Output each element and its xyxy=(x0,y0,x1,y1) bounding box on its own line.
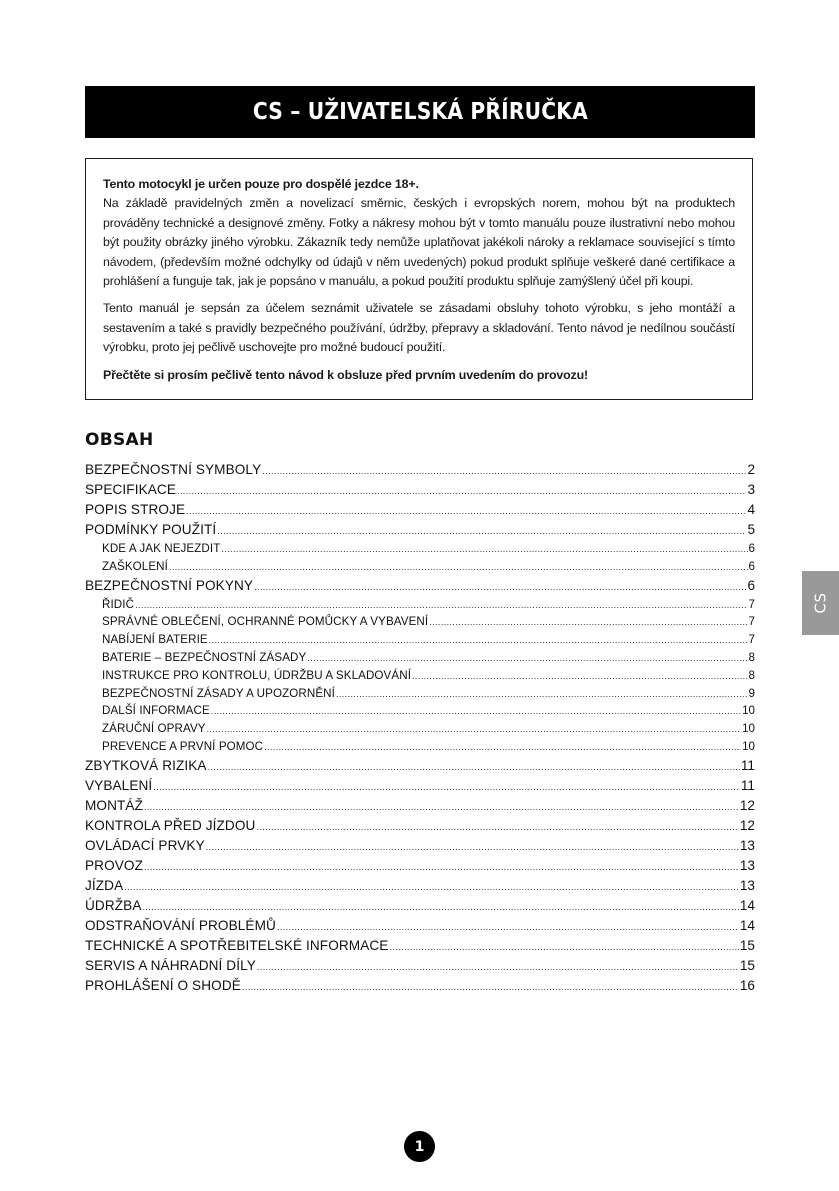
toc-dot-leader xyxy=(177,481,746,501)
toc-dot-leader xyxy=(208,757,740,777)
toc-entry[interactable]: PODMÍNKY POUŽITÍ5 xyxy=(85,520,755,540)
toc-entry-page: 16 xyxy=(740,976,755,996)
toc-entry[interactable]: VYBALENÍ11 xyxy=(85,776,755,796)
toc-subentry[interactable]: PREVENCE A PRVNÍ POMOC10 xyxy=(85,738,755,756)
toc-dot-leader xyxy=(135,597,747,615)
toc-entry-label: ODSTRAŇOVÁNÍ PROBLÉMŮ xyxy=(85,916,276,936)
toc-entry-label: SERVIS A NÁHRADNÍ DÍLY xyxy=(85,956,256,976)
page-number-badge: 1 xyxy=(404,1131,435,1162)
toc-subentry[interactable]: INSTRUKCE PRO KONTROLU, ÚDRŽBU A SKLADOV… xyxy=(85,667,755,685)
toc-entry[interactable]: MONTÁŽ12 xyxy=(85,796,755,816)
toc-subentry[interactable]: ZAŠKOLENÍ6 xyxy=(85,558,755,576)
toc-entry-page: 2 xyxy=(747,460,755,480)
toc-entry-page: 10 xyxy=(742,738,755,756)
toc-dot-leader xyxy=(254,577,746,597)
toc-entry-label: BEZPEČNOSTNÍ ZÁSADY A UPOZORNĚNÍ xyxy=(102,685,335,703)
toc-dot-leader xyxy=(211,703,741,721)
toc-entry[interactable]: ÚDRŽBA14 xyxy=(85,896,755,916)
toc-entry-page: 6 xyxy=(749,540,755,558)
toc-entry-page: 15 xyxy=(740,936,755,956)
toc-dot-leader xyxy=(336,686,748,704)
toc-dot-leader xyxy=(277,917,739,937)
toc-dot-leader xyxy=(144,857,739,877)
toc-entry[interactable]: ZBYTKOVÁ RIZIKA11 xyxy=(85,756,755,776)
notice-box: Tento motocykl je určen pouze pro dospěl… xyxy=(85,158,753,400)
toc-dot-leader xyxy=(144,797,739,817)
toc-entry[interactable]: SPECIFIKACE3 xyxy=(85,480,755,500)
toc-entry-label: BEZPEČNOSTNÍ SYMBOLY xyxy=(85,460,261,480)
language-tab-label: CS xyxy=(812,593,830,614)
toc-entry[interactable]: POPIS STROJE4 xyxy=(85,500,755,520)
toc-entry-page: 10 xyxy=(742,720,755,738)
toc-entry-page: 12 xyxy=(740,816,755,836)
toc-entry-page: 11 xyxy=(741,776,755,796)
toc-entry-label: OVLÁDACÍ PRVKY xyxy=(85,836,205,856)
toc-dot-leader xyxy=(186,501,746,521)
page-number: 1 xyxy=(415,1139,425,1155)
toc-entry-label: VYBALENÍ xyxy=(85,776,152,796)
toc-entry-page: 8 xyxy=(749,667,755,685)
toc-entry-label: KONTROLA PŘED JÍZDOU xyxy=(85,816,255,836)
toc-entry-page: 15 xyxy=(740,956,755,976)
toc-subentry[interactable]: SPRÁVNÉ OBLEČENÍ, OCHRANNÉ POMŮCKY A VYB… xyxy=(85,613,755,631)
toc-entry-label: ÚDRŽBA xyxy=(85,896,142,916)
toc-entry-page: 6 xyxy=(749,558,755,576)
toc-dot-leader xyxy=(209,632,748,650)
toc-subentry[interactable]: NABÍJENÍ BATERIE7 xyxy=(85,631,755,649)
toc-entry-label: SPECIFIKACE xyxy=(85,480,176,500)
toc-entry-page: 4 xyxy=(747,500,755,520)
toc-subentry[interactable]: ZÁRUČNÍ OPRAVY10 xyxy=(85,720,755,738)
manual-title: CS – UŽIVATELSKÁ PŘÍRUČKA xyxy=(252,99,587,125)
toc-entry-page: 6 xyxy=(747,576,755,596)
toc-dot-leader xyxy=(143,897,739,917)
toc-dot-leader xyxy=(206,837,739,857)
toc-entry-page: 13 xyxy=(740,856,755,876)
age-warning: Tento motocykl je určen pouze pro dospěl… xyxy=(103,175,735,194)
toc-entry[interactable]: OVLÁDACÍ PRVKY13 xyxy=(85,836,755,856)
toc-entry-label: ŘIDIČ xyxy=(102,596,134,614)
toc-dot-leader xyxy=(217,521,746,541)
toc-dot-leader xyxy=(412,668,748,686)
toc-entry-label: PROHLÁŠENÍ O SHODĚ xyxy=(85,976,241,996)
toc-subentry[interactable]: ŘIDIČ7 xyxy=(85,596,755,614)
toc-entry[interactable]: PROVOZ13 xyxy=(85,856,755,876)
toc-dot-leader xyxy=(262,461,746,481)
toc-entry-page: 13 xyxy=(740,876,755,896)
toc-dot-leader xyxy=(153,777,740,797)
toc-dot-leader xyxy=(256,817,738,837)
toc-entry[interactable]: JÍZDA13 xyxy=(85,876,755,896)
toc-entry-label: PROVOZ xyxy=(85,856,143,876)
toc-subentry[interactable]: BEZPEČNOSTNÍ ZÁSADY A UPOZORNĚNÍ9 xyxy=(85,685,755,703)
toc-entry-label: MONTÁŽ xyxy=(85,796,143,816)
toc-entry[interactable]: TECHNICKÉ A SPOTŘEBITELSKÉ INFORMACE15 xyxy=(85,936,755,956)
toc-entry-label: ZÁRUČNÍ OPRAVY xyxy=(102,720,206,738)
toc-entry-label: PODMÍNKY POUŽITÍ xyxy=(85,520,216,540)
toc-entry-page: 10 xyxy=(742,702,755,720)
toc-dot-leader xyxy=(169,559,748,577)
toc-entry-label: NABÍJENÍ BATERIE xyxy=(102,631,208,649)
toc-entry-page: 7 xyxy=(749,613,755,631)
toc-entry-page: 3 xyxy=(747,480,755,500)
toc-entry-label: SPRÁVNÉ OBLEČENÍ, OCHRANNÉ POMŮCKY A VYB… xyxy=(102,613,428,631)
toc-subentry[interactable]: KDE A JAK NEJEZDIT6 xyxy=(85,540,755,558)
language-tab: CS xyxy=(802,571,839,635)
toc-entry-label: TECHNICKÉ A SPOTŘEBITELSKÉ INFORMACE xyxy=(85,936,388,956)
toc-entry-page: 8 xyxy=(749,649,755,667)
toc-dot-leader xyxy=(221,541,747,559)
toc-heading: OBSAH xyxy=(85,430,154,450)
toc-entry-label: JÍZDA xyxy=(85,876,123,896)
toc-entry-page: 12 xyxy=(740,796,755,816)
toc-entry[interactable]: ODSTRAŇOVÁNÍ PROBLÉMŮ14 xyxy=(85,916,755,936)
toc-entry[interactable]: KONTROLA PŘED JÍZDOU12 xyxy=(85,816,755,836)
toc-entry-page: 9 xyxy=(749,685,755,703)
notice-paragraph-1: Na základě pravidelných změn a novelizac… xyxy=(103,194,735,291)
toc-entry[interactable]: BEZPEČNOSTNÍ POKYNY6 xyxy=(85,576,755,596)
toc-entry-label: ZBYTKOVÁ RIZIKA xyxy=(85,756,207,776)
notice-paragraph-2: Tento manuál je sepsán za účelem seznámi… xyxy=(103,299,735,357)
toc-dot-leader xyxy=(307,650,747,668)
toc-dot-leader xyxy=(429,614,747,632)
toc-entry-page: 14 xyxy=(740,916,755,936)
toc-entry[interactable]: BEZPEČNOSTNÍ SYMBOLY2 xyxy=(85,460,755,480)
toc-entry-label: ZAŠKOLENÍ xyxy=(102,558,168,576)
toc-dot-leader xyxy=(242,977,739,997)
read-warning: Přečtěte si prosím pečlivě tento návod k… xyxy=(103,366,735,385)
toc-dot-leader xyxy=(389,937,738,957)
toc-dot-leader xyxy=(207,721,741,739)
toc-subentry[interactable]: BATERIE – BEZPEČNOSTNÍ ZÁSADY8 xyxy=(85,649,755,667)
toc-entry-page: 14 xyxy=(740,896,755,916)
toc-entry[interactable]: PROHLÁŠENÍ O SHODĚ16 xyxy=(85,976,755,996)
toc-subentry[interactable]: DALŠÍ INFORMACE10 xyxy=(85,702,755,720)
manual-title-bar: CS – UŽIVATELSKÁ PŘÍRUČKA xyxy=(85,86,755,138)
toc-dot-leader xyxy=(264,739,741,757)
toc-entry[interactable]: SERVIS A NÁHRADNÍ DÍLY15 xyxy=(85,956,755,976)
toc-entry-label: INSTRUKCE PRO KONTROLU, ÚDRŽBU A SKLADOV… xyxy=(102,667,411,685)
toc-entry-label: BATERIE – BEZPEČNOSTNÍ ZÁSADY xyxy=(102,649,306,667)
toc-entry-label: DALŠÍ INFORMACE xyxy=(102,702,210,720)
toc-entry-page: 11 xyxy=(741,756,755,776)
toc-entry-label: KDE A JAK NEJEZDIT xyxy=(102,540,220,558)
toc-entry-page: 7 xyxy=(749,596,755,614)
toc-dot-leader xyxy=(124,877,739,897)
toc-dot-leader xyxy=(257,957,739,977)
toc-entry-page: 7 xyxy=(749,631,755,649)
toc-entry-page: 13 xyxy=(740,836,755,856)
toc-entry-label: PREVENCE A PRVNÍ POMOC xyxy=(102,738,263,756)
toc-entry-label: BEZPEČNOSTNÍ POKYNY xyxy=(85,576,253,596)
toc-entry-label: POPIS STROJE xyxy=(85,500,185,520)
toc-entry-page: 5 xyxy=(747,520,755,540)
table-of-contents: BEZPEČNOSTNÍ SYMBOLY2SPECIFIKACE3POPIS S… xyxy=(85,460,755,996)
